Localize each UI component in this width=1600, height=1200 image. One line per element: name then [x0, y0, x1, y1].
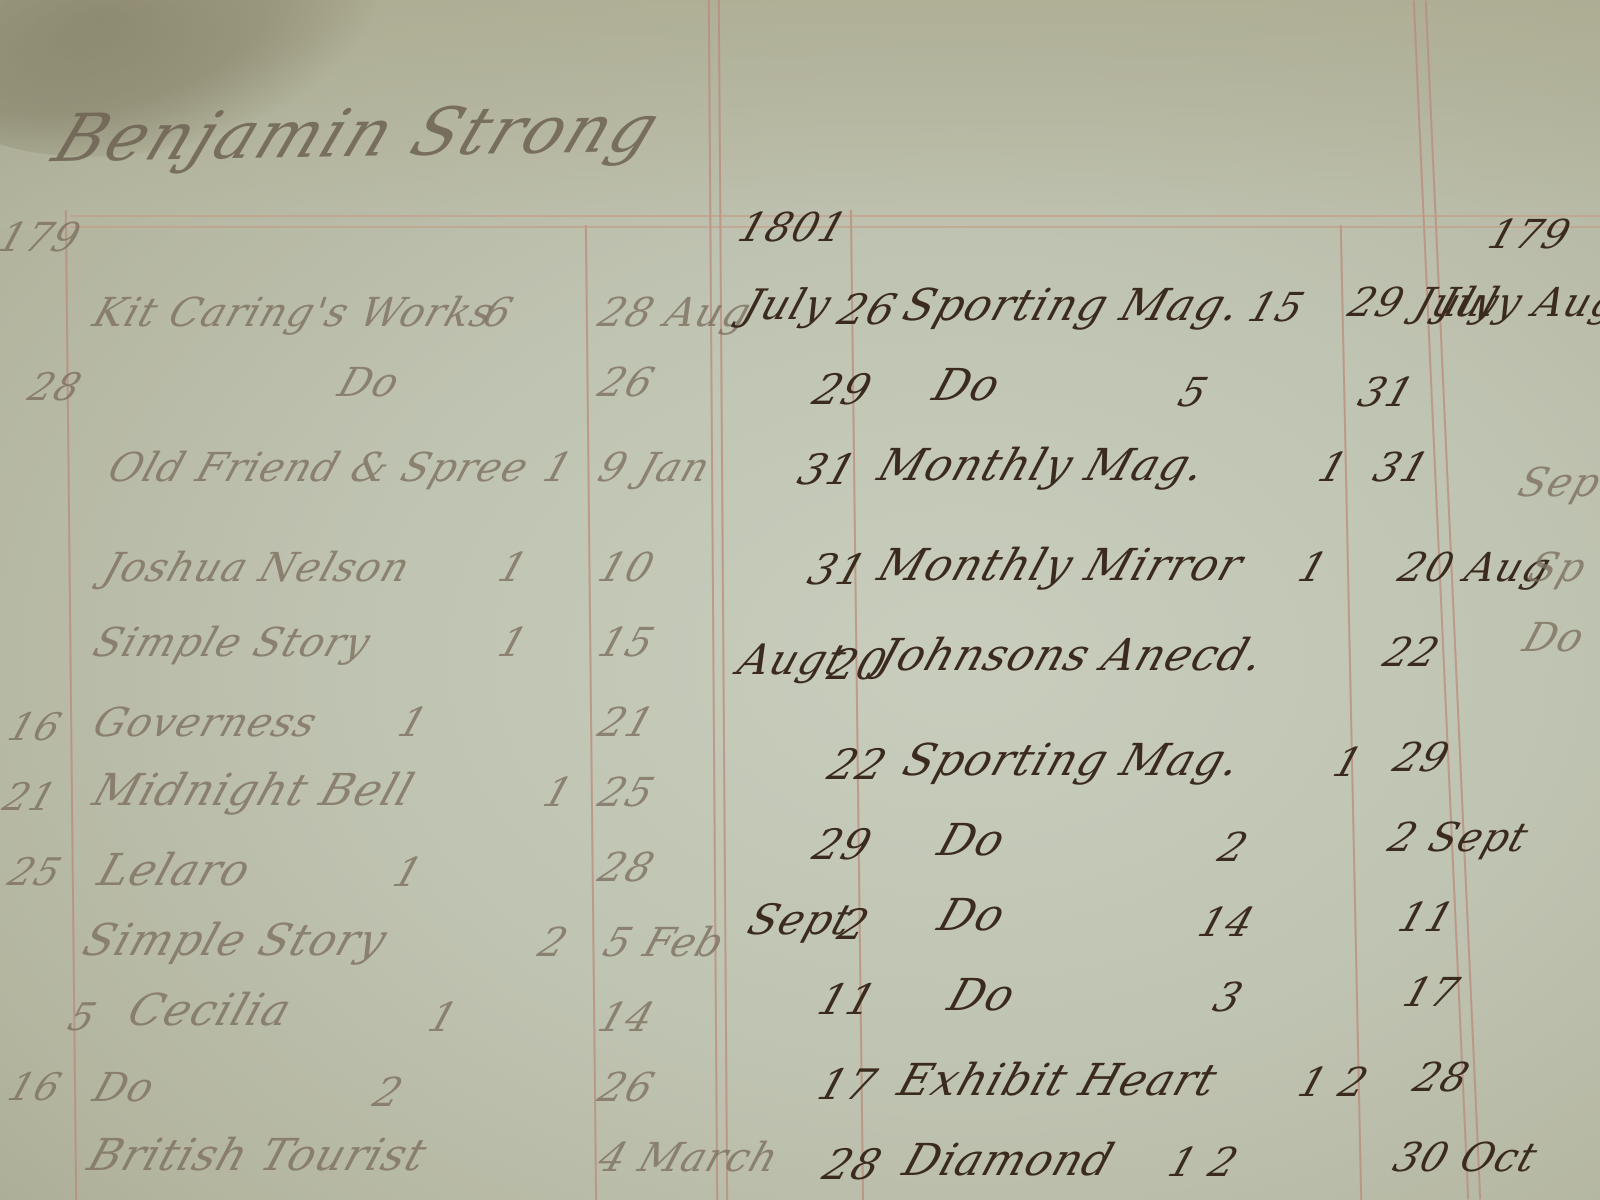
left-entry-title: Governess	[88, 700, 324, 746]
left-entry-returned: 14	[593, 995, 661, 1041]
left-entry-title: Old Friend & Spree	[103, 445, 535, 491]
mid-entry-title: Diamond	[897, 1135, 1121, 1186]
mid-entry-returned: 30 Oct	[1388, 1135, 1544, 1181]
mid-entry-qty: 1	[1328, 740, 1369, 786]
left-entry-date: 16	[3, 705, 68, 749]
rule-middle-amount	[1340, 225, 1362, 1200]
mid-entry-returned: 2 Sept	[1383, 815, 1535, 861]
mid-entry-title: Sporting Mag.	[897, 280, 1248, 331]
mid-entry-qty: 1	[1293, 545, 1334, 591]
left-entry-title: Midnight Bell	[87, 765, 421, 816]
mid-entry-returned: 29	[1388, 735, 1456, 781]
left-entry-returned: 4 March	[593, 1135, 785, 1181]
mid-entry-qty: 1	[1313, 445, 1354, 491]
left-entry-qty: 1	[423, 995, 464, 1041]
right-fragment: July Aug	[1433, 280, 1600, 326]
left-entry-title: Lelaro	[92, 845, 258, 896]
rule-left-amount	[585, 225, 597, 1200]
mid-entry-day: 17	[812, 1060, 883, 1109]
account-name: Benjamin Strong	[43, 90, 672, 177]
mid-entry-qty: 1 2	[1163, 1140, 1245, 1186]
left-entry-returned: 10	[593, 545, 661, 591]
rule-middle-date	[850, 210, 864, 1200]
left-entry-qty: 1	[538, 770, 579, 816]
mid-entry-title: Do	[927, 360, 1007, 411]
left-entry-returned: 5 Feb	[598, 920, 731, 966]
middle-year: 1801	[733, 205, 854, 251]
left-entry-title: Simple Story	[88, 620, 377, 666]
mid-entry-title: Monthly Mag.	[872, 440, 1213, 491]
mid-entry-day: 11	[812, 975, 883, 1024]
right-fragment: Do	[1518, 615, 1591, 661]
left-entry-qty: 1	[493, 620, 534, 666]
mid-entry-day: 22	[822, 740, 893, 789]
left-entry-returned: 9 Jan	[593, 445, 717, 491]
mid-entry-title: Do	[932, 815, 1012, 866]
mid-entry-day: 31	[802, 545, 873, 594]
mid-entry-day: 29	[807, 820, 878, 869]
left-entry-returned: 25	[593, 770, 661, 816]
left-entry-returned: 21	[593, 700, 661, 746]
mid-entry-returned: 31	[1353, 370, 1421, 416]
mid-entry-returned: 22	[1378, 630, 1446, 676]
mid-entry-returned: 17	[1398, 970, 1466, 1016]
left-entry-title: Do	[88, 1065, 161, 1111]
left-entry-date: 25	[3, 850, 68, 894]
left-entry-returned: 26	[593, 360, 661, 406]
mid-entry-returned: 11	[1393, 895, 1461, 941]
mid-entry-qty: 3	[1208, 975, 1249, 1021]
left-entry-title: British Tourist	[82, 1130, 434, 1181]
left-entry-qty: 1	[393, 700, 434, 746]
left-year-fragment: 179	[0, 215, 87, 261]
left-entry-date: 16	[3, 1065, 68, 1109]
left-entry-date: 28	[23, 365, 88, 409]
mid-entry-returned: 28	[1408, 1055, 1476, 1101]
mid-entry-title: Exhibit Heart	[892, 1055, 1224, 1106]
mid-entry-day: 28	[817, 1140, 888, 1189]
mid-entry-qty: 5	[1173, 370, 1214, 416]
mid-entry-title: Monthly Mirror	[872, 540, 1250, 591]
mid-entry-returned: 31	[1368, 445, 1436, 491]
left-entry-qty: 1	[388, 850, 429, 896]
mid-entry-month: July	[737, 280, 838, 329]
left-entry-title: Simple Story	[77, 915, 394, 966]
left-entry-title: Kit Caring's Works	[88, 290, 501, 336]
left-entry-qty: 2	[533, 920, 574, 966]
mid-entry-qty: 14	[1193, 900, 1261, 946]
left-entry-date: 5	[63, 995, 102, 1039]
left-entry-title: Do	[333, 360, 406, 406]
mid-entry-day: 26	[832, 285, 903, 334]
left-entry-returned: 28 Aug	[593, 290, 758, 336]
mid-entry-title: Sporting Mag.	[897, 735, 1248, 786]
mid-entry-day: 29	[807, 365, 878, 414]
mid-entry-qty: 1 2	[1293, 1060, 1375, 1106]
left-entry-qty: 2	[368, 1070, 409, 1116]
left-entry-qty: 1	[493, 545, 534, 591]
left-entry-date: 21	[0, 775, 63, 819]
left-entry-title: Cecilia	[122, 985, 298, 1036]
left-entry-returned: 28	[593, 845, 661, 891]
left-entry-title: Joshua Nelson	[98, 545, 417, 591]
mid-entry-qty: 2	[1213, 825, 1254, 871]
left-entry-returned: 26	[593, 1065, 661, 1111]
left-entry-returned: 15	[593, 620, 661, 666]
right-year-fragment: 179	[1483, 212, 1577, 258]
mid-entry-qty: 15	[1243, 285, 1311, 331]
mid-entry-title: Johnsons Anecd.	[872, 630, 1271, 681]
right-fragment: Sep	[1513, 460, 1600, 506]
left-entry-qty: 1	[538, 445, 579, 491]
mid-entry-title: Do	[942, 970, 1022, 1021]
mid-entry-title: Do	[932, 890, 1012, 941]
